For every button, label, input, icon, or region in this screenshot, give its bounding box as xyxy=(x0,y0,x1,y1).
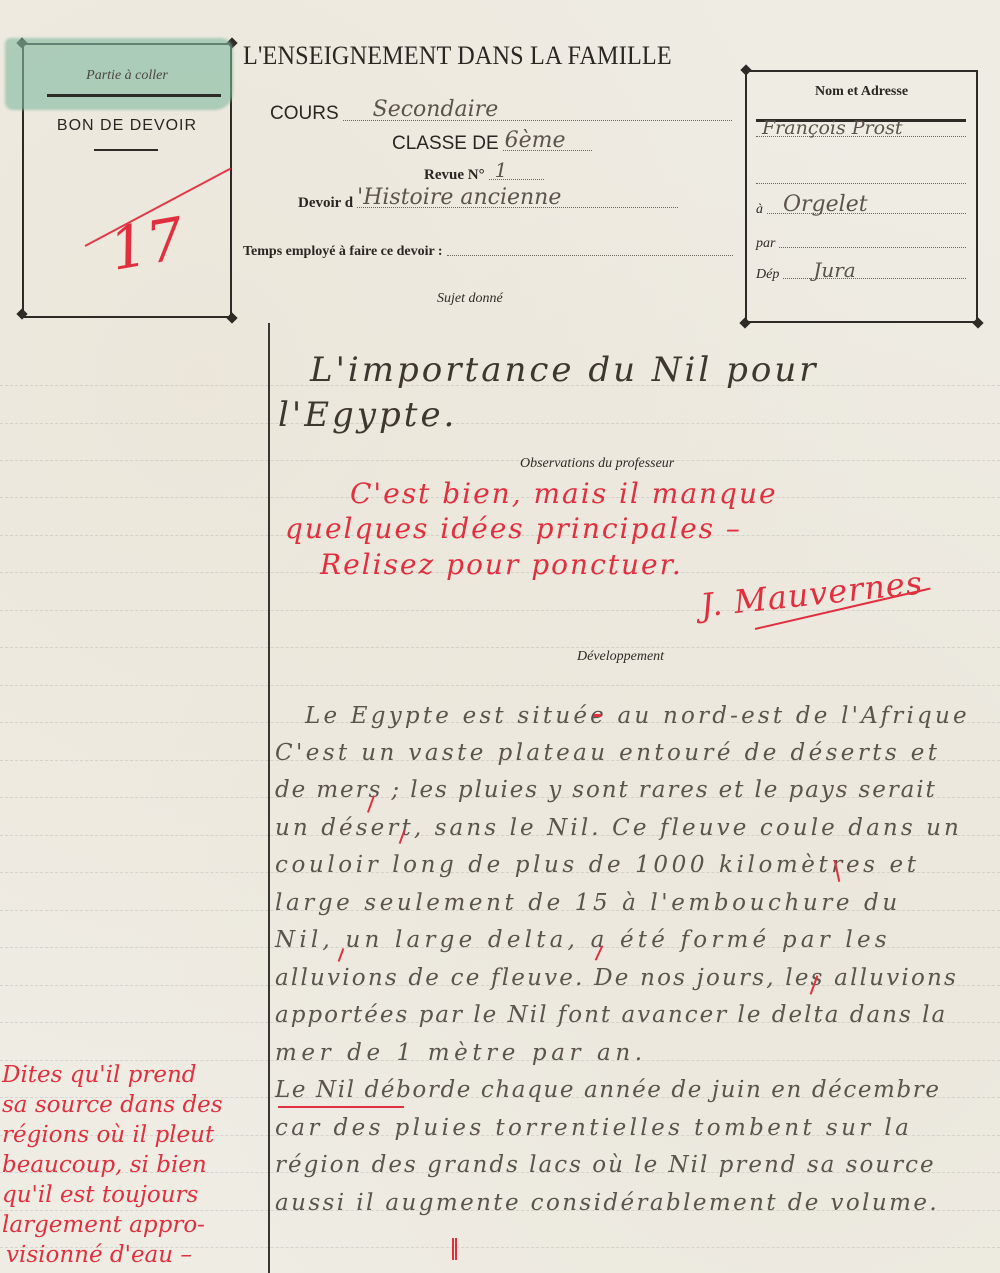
dep-label: Dép xyxy=(756,267,779,283)
body-line: Le Egypte est située au nord-est de l'Af… xyxy=(305,703,970,729)
body-line: de mers ; les pluies y sont rares et le … xyxy=(275,777,937,803)
correction-mark xyxy=(594,714,601,717)
observations-label: Observations du professeur xyxy=(520,456,674,472)
margin-note-line: régions où il pleut xyxy=(2,1122,214,1148)
body-line: mer de 1 mètre par an. xyxy=(275,1040,647,1066)
divider xyxy=(94,149,158,151)
margin-note-line: largement appro- xyxy=(2,1212,205,1238)
a-field: à Orgelet xyxy=(756,202,966,218)
subject-line-1: L'importance du Nil pour xyxy=(310,350,819,390)
classe-label: CLASSE DE xyxy=(392,133,499,155)
margin-note-line: visionné d'eau – xyxy=(6,1242,192,1268)
divider xyxy=(47,94,221,97)
body-line: alluvions de ce fleuve. De nos jours, le… xyxy=(275,965,958,991)
margin-note-line: beaucoup, si bien xyxy=(2,1152,207,1178)
name-field: François Prost xyxy=(756,136,966,141)
margin-note-line: Dites qu'il prend xyxy=(2,1062,197,1088)
body-line: un désert, sans le Nil. Ce fleuve coule … xyxy=(275,815,962,841)
devoir-field: Devoir d 'Histoire ancienne xyxy=(298,195,678,212)
a-value: Orgelet xyxy=(783,192,868,217)
revue-value: 1 xyxy=(495,158,508,182)
body-line: couloir long de plus de 1000 kilomètres … xyxy=(275,852,920,878)
partie-a-coller-label: Partie à coller xyxy=(22,68,232,84)
par-value xyxy=(779,247,966,248)
body-line: Nil, un large delta, a été formé par les xyxy=(275,927,891,953)
a-label: à xyxy=(756,202,763,218)
body-line: apportées par le Nil font avancer le del… xyxy=(275,1002,947,1028)
name-value: François Prost xyxy=(762,117,902,139)
dep-value: Jura xyxy=(813,258,855,282)
classe-field: CLASSE DE 6ème xyxy=(392,133,592,155)
devoir-value: 'Histoire ancienne xyxy=(357,185,561,210)
developpement-label: Développement xyxy=(577,649,664,665)
correction-mark xyxy=(452,1238,457,1260)
grade: 17 xyxy=(105,204,189,284)
revue-field: Revue N° 1 xyxy=(424,167,544,184)
page-title: L'ENSEIGNEMENT DANS LA FAMILLE xyxy=(243,41,672,71)
margin-line xyxy=(268,323,270,1273)
address-line-2 xyxy=(756,172,966,188)
par-label: par xyxy=(756,236,775,252)
temps-value xyxy=(447,255,733,256)
revue-label: Revue N° xyxy=(424,167,485,184)
par-field: par xyxy=(756,236,966,252)
margin-note-line: qu'il est toujours xyxy=(2,1182,198,1208)
cours-value: Secondaire xyxy=(373,97,499,122)
dep-field: Dép Jura xyxy=(756,267,966,283)
red-underline xyxy=(278,1106,404,1108)
devoir-label: Devoir d xyxy=(298,195,353,212)
body-line: large seulement de 15 à l'embouchure du xyxy=(275,890,901,916)
observation-line-3: Relisez pour ponctuer. xyxy=(320,548,683,581)
cours-field: COURS Secondaire xyxy=(270,103,732,125)
observation-line-2: quelques idées principales – xyxy=(285,512,742,545)
body-line: C'est un vaste plateau entouré de désert… xyxy=(275,740,940,766)
cours-label: COURS xyxy=(270,103,339,125)
body-line: Le Nil déborde chaque année de juin en d… xyxy=(275,1077,941,1103)
body-line: car des pluies torrentielles tombent sur… xyxy=(275,1115,912,1141)
temps-label: Temps employé à faire ce devoir : xyxy=(243,244,443,260)
margin-note-line: sa source dans des xyxy=(2,1092,223,1118)
nom-adresse-title: Nom et Adresse xyxy=(745,84,978,100)
classe-value: 6ème xyxy=(505,128,566,153)
bon-de-devoir-title: BON DE DEVOIR xyxy=(22,117,232,135)
body-line: région des grands lacs où le Nil prend s… xyxy=(275,1152,936,1178)
observation-line-1: C'est bien, mais il manque xyxy=(350,477,778,510)
temps-field: Temps employé à faire ce devoir : xyxy=(243,244,733,260)
subject-line-2: l'Egypte. xyxy=(278,395,457,435)
body-line: aussi il augmente considérablement de vo… xyxy=(275,1190,939,1216)
sujet-label: Sujet donné xyxy=(437,291,503,307)
